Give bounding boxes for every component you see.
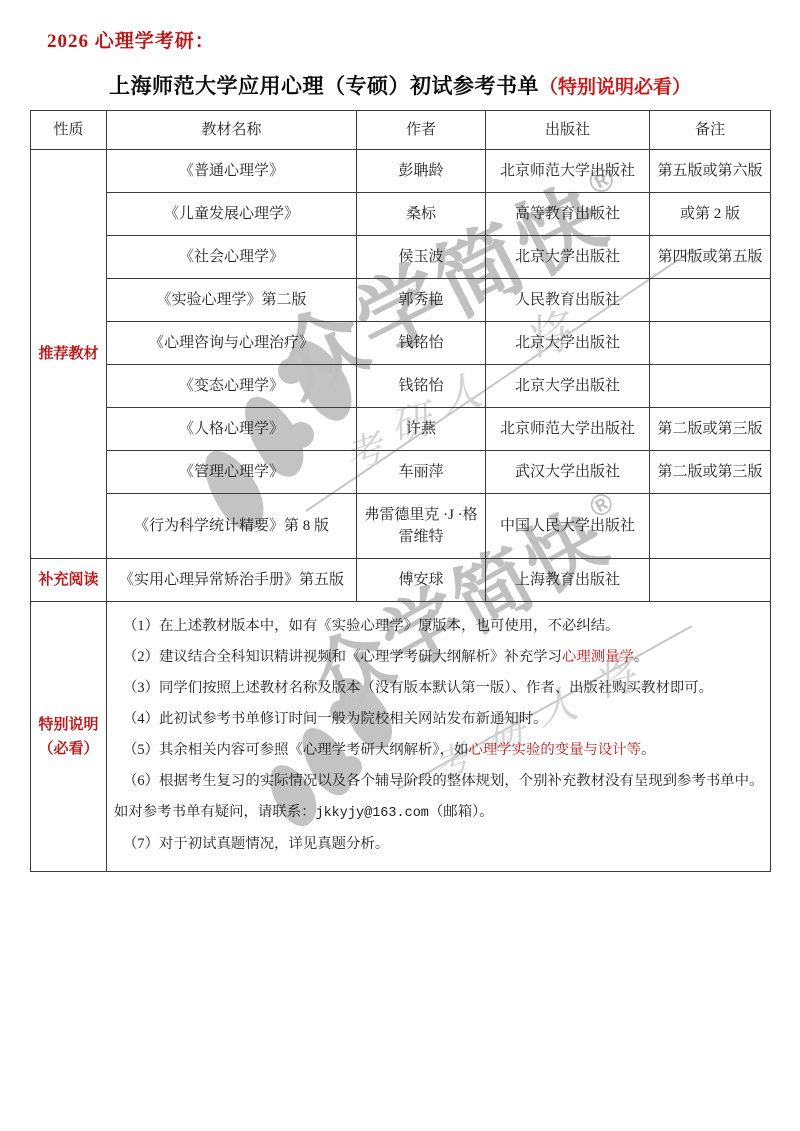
cell-note — [650, 494, 771, 559]
table-row: 《实验心理学》第二版郭秀艳人民教育出版社 — [31, 279, 771, 322]
table-row: 推荐教材《普通心理学》彭聃龄北京师范大学出版社第五版或第六版 — [31, 150, 771, 193]
cell-publisher: 北京大学出版社 — [486, 365, 650, 408]
cell-note — [650, 365, 771, 408]
category-cell: 补充阅读 — [31, 559, 107, 602]
table-row: 《社会心理学》侯玉波北京大学出版社第四版或第五版 — [31, 236, 771, 279]
cell-name: 《社会心理学》 — [107, 236, 357, 279]
note-segment: （6）根据考生复习的实际情况以及各个辅导阶段的整体规划，个别补充教材没有呈现到参… — [123, 773, 763, 789]
note-segment: 心理学实验的变量与设计等 — [468, 742, 641, 758]
cell-publisher: 北京大学出版社 — [486, 322, 650, 365]
cell-author: 傅安球 — [357, 559, 486, 602]
note-line: （4）此初试参考书单修订时间一般为院校相关网站发布新通知时。 — [114, 704, 766, 735]
note-line: （7）对于初试真题情况，详见真题分析。 — [114, 829, 766, 860]
col-header-note: 备注 — [650, 111, 771, 150]
cell-author: 桑标 — [357, 193, 486, 236]
cell-publisher: 北京师范大学出版社 — [486, 408, 650, 451]
cell-author: 弗雷德里克 ·J ·格雷维特 — [357, 494, 486, 559]
cell-author: 钱铭怡 — [357, 365, 486, 408]
page-title: 上海师范大学应用心理（专硕）初试参考书单（特别说明必看） — [0, 70, 800, 100]
table-row: 《管理心理学》车丽萍武汉大学出版社第二版或第三版 — [31, 451, 771, 494]
cell-note — [650, 322, 771, 365]
note-line: （2）建议结合全科知识精讲视频和《心理学考研大纲解析》补充学习心理测量学。 — [114, 642, 766, 673]
note-segment: 心理测量学 — [562, 649, 634, 665]
category-cell: 特别说明（必看） — [31, 602, 107, 872]
table-row: 《变态心理学》钱铭怡北京大学出版社 — [31, 365, 771, 408]
cell-publisher: 北京师范大学出版社 — [486, 150, 650, 193]
cell-note — [650, 279, 771, 322]
cell-name: 《行为科学统计精要》第 8 版 — [107, 494, 357, 559]
note-segment: 如对参考书单有疑问，请联系： — [114, 804, 315, 820]
cell-author: 钱铭怡 — [357, 322, 486, 365]
table-row: 补充阅读《实用心理异常矫治手册》第五版傅安球上海教育出版社 — [31, 559, 771, 602]
cell-name: 《变态心理学》 — [107, 365, 357, 408]
special-notes-row: 特别说明（必看）（1）在上述教材版本中，如有《实验心理学》原版本，也可使用，不必… — [31, 602, 771, 872]
note-segment: （3）同学们按照上述教材名称及版本（没有版本默认第一版）、作者、出版社购买教材即… — [123, 680, 713, 696]
cell-name: 《普通心理学》 — [107, 150, 357, 193]
cell-publisher: 中国人民大学出版社 — [486, 494, 650, 559]
note-segment: （2）建议结合全科知识精讲视频和《心理学考研大纲解析》补充学习 — [123, 649, 562, 665]
cell-author: 郭秀艳 — [357, 279, 486, 322]
cell-note: 第五版或第六版 — [650, 150, 771, 193]
col-header-publisher: 出版社 — [486, 111, 650, 150]
note-segment: jkkyjy@163.com — [315, 806, 428, 821]
table-header-row: 性质 教材名称 作者 出版社 备注 — [31, 111, 771, 150]
note-line: （5）其余相关内容可参照《心理学考研大纲解析》，如心理学实验的变量与设计等。 — [114, 735, 766, 766]
cell-note: 或第 2 版 — [650, 193, 771, 236]
note-segment: （5）其余相关内容可参照《心理学考研大纲解析》，如 — [123, 742, 468, 758]
cell-note — [650, 559, 771, 602]
special-notes-cell: （1）在上述教材版本中，如有《实验心理学》原版本，也可使用，不必纠结。（2）建议… — [107, 602, 771, 872]
cell-note: 第二版或第三版 — [650, 408, 771, 451]
table-row: 《儿童发展心理学》桑标高等教育出版社或第 2 版 — [31, 193, 771, 236]
cell-name: 《儿童发展心理学》 — [107, 193, 357, 236]
cell-name: 《人格心理学》 — [107, 408, 357, 451]
cell-name: 《管理心理学》 — [107, 451, 357, 494]
cell-name: 《实验心理学》第二版 — [107, 279, 357, 322]
cell-publisher: 上海教育出版社 — [486, 559, 650, 602]
note-segment: 。 — [634, 649, 648, 665]
cell-author: 车丽萍 — [357, 451, 486, 494]
cell-note: 第二版或第三版 — [650, 451, 771, 494]
note-segment: （7）对于初试真题情况，详见真题分析。 — [123, 836, 389, 852]
note-line: （3）同学们按照上述教材名称及版本（没有版本默认第一版）、作者、出版社购买教材即… — [114, 673, 766, 704]
table-row: 《行为科学统计精要》第 8 版弗雷德里克 ·J ·格雷维特中国人民大学出版社 — [31, 494, 771, 559]
category-cell: 推荐教材 — [31, 150, 107, 559]
note-line: （6）根据考生复习的实际情况以及各个辅导阶段的整体规划，个别补充教材没有呈现到参… — [114, 766, 766, 797]
cell-publisher: 武汉大学出版社 — [486, 451, 650, 494]
table-row: 《人格心理学》许燕北京师范大学出版社第二版或第三版 — [31, 408, 771, 451]
col-header-author: 作者 — [357, 111, 486, 150]
cell-publisher: 人民教育出版社 — [486, 279, 650, 322]
cell-name: 《实用心理异常矫治手册》第五版 — [107, 559, 357, 602]
category-label-line: （必看） — [35, 737, 102, 761]
category-label-line: 特别说明 — [35, 713, 102, 737]
note-segment: （4）此初试参考书单修订时间一般为院校相关网站发布新通知时。 — [123, 711, 548, 727]
page-title-highlight: （特别说明必看） — [539, 77, 691, 98]
cell-publisher: 北京大学出版社 — [486, 236, 650, 279]
cell-author: 彭聃龄 — [357, 150, 486, 193]
col-header-name: 教材名称 — [107, 111, 357, 150]
note-segment: （1）在上述教材版本中，如有《实验心理学》原版本，也可使用，不必纠结。 — [123, 618, 619, 634]
page-title-main: 上海师范大学应用心理（专硕）初试参考书单 — [109, 75, 539, 98]
cell-publisher: 高等教育出版社 — [486, 193, 650, 236]
book-table-body: 推荐教材《普通心理学》彭聃龄北京师范大学出版社第五版或第六版《儿童发展心理学》桑… — [31, 150, 771, 872]
reference-book-table: 性质 教材名称 作者 出版社 备注 推荐教材《普通心理学》彭聃龄北京师范大学出版… — [30, 110, 771, 872]
cell-author: 侯玉波 — [357, 236, 486, 279]
document-page: 众学简快® 考 研 人 将 众学简快® 考 研 人 将 2026 心理学考研： … — [0, 0, 800, 1131]
cell-name: 《心理咨询与心理治疗》 — [107, 322, 357, 365]
note-line: 如对参考书单有疑问，请联系：jkkyjy@163.com（邮箱）。 — [114, 797, 766, 829]
note-segment: 。 — [641, 742, 655, 758]
doc-top-label: 2026 心理学考研： — [47, 26, 215, 53]
table-row: 《心理咨询与心理治疗》钱铭怡北京大学出版社 — [31, 322, 771, 365]
cell-author: 许燕 — [357, 408, 486, 451]
note-segment: （邮箱）。 — [429, 804, 494, 820]
cell-note: 第四版或第五版 — [650, 236, 771, 279]
col-header-nature: 性质 — [31, 111, 107, 150]
note-line: （1）在上述教材版本中，如有《实验心理学》原版本，也可使用，不必纠结。 — [114, 611, 766, 642]
